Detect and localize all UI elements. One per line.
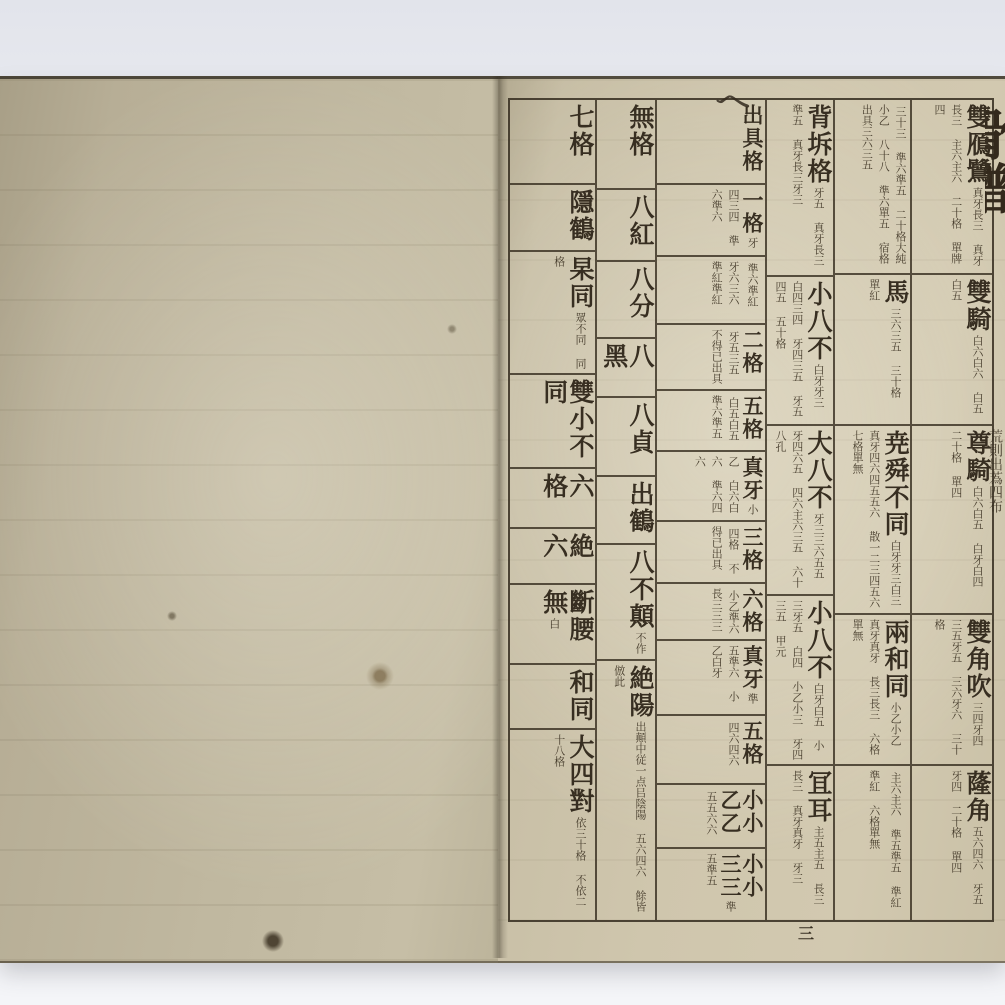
table-cell: 八黑 (597, 339, 655, 398)
table-cell: 出鶴 (597, 477, 655, 545)
table-cell: 五格白五白五 準六準五 (657, 391, 765, 452)
manuscript-table: 七格 隱鶴 杲同眾不同 同格 雙小不同 六格 絶六 斷腰無白 和同 大四對依三十… (508, 98, 994, 922)
table-cell: 斷腰無白 (510, 585, 595, 665)
table-cell: 尭舜不同白牙牙三白三 真牙四六四五五六 散一二三四五六 七格單無 (835, 426, 910, 615)
table-cell: 大八不牙三三六五五 牙四六五 四六主六三五 六十八孔 (767, 426, 833, 596)
table-cell: 七格 (510, 100, 595, 185)
table-cell: 一格牙四三四 準六準六 (657, 185, 765, 257)
table-cell: 小八不白牙白五 小三牙五 白四 小乙小三 牙四三五 甲元 (767, 596, 833, 766)
table-column-6: 雙鴈鷺真牙長三 真牙長三 主六主六 二十格 單牌四 雙騎白六白六 白五白五 尊騎… (912, 100, 992, 920)
table-cell: 蕯角五六四六 牙五牙四 二十格 單四 (912, 766, 992, 920)
table-cell: 準六準紅 牙六三六 準紅準紅 (657, 257, 765, 325)
table-cell: 六格 (510, 469, 595, 529)
left-blank-page (0, 76, 498, 963)
table-cell: 二格牙五三五 不得已出具 (657, 325, 765, 391)
table-column-5: 三十三 準六準五 二十格大純小乙 八十八 準六單五 宿格 出具三六三五 馬三六三… (835, 100, 912, 920)
table-column-4: 背坼格牙五 真牙長三準五 真牙長三牙三 小八不白牙牙三 白四三四 牙四三五 牙五… (767, 100, 835, 920)
table-cell: 真牙準五準六 小乙白牙 (657, 641, 765, 716)
table-cell: 和同 (510, 665, 595, 729)
column-header-cell: 出具格 (657, 100, 765, 185)
folio-number: 三 (798, 921, 814, 944)
table-cell: 無格 (597, 100, 655, 190)
table-cell: 小小乙乙五五六六 (657, 785, 765, 849)
table-cell: 兩和同小乙小乙 真牙真牙 長三長三 六格單無 (835, 615, 910, 766)
table-cell: 小小三三準五準五 (657, 849, 765, 920)
right-manuscript-page: へ 骨譜 荒則出蒍四布 三 七格 隱鶴 杲同眾不同 同格 雙小不同 六格 絶六 … (498, 76, 1005, 963)
table-cell: 雙鴈鷺真牙長三 真牙長三 主六主六 二十格 單牌四 (912, 100, 992, 275)
table-cell: 主六主六 準五準五 準紅準紅 六格單無 (835, 766, 910, 920)
table-cell: 尊騎白六白五 白牙白四 二十格 單四 (912, 426, 992, 615)
table-cell: 真牙小乙 白六白六 準六四六 (657, 452, 765, 522)
book-binding-seam (492, 76, 508, 958)
table-cell: 隱鶴 (510, 185, 595, 252)
table-cell: 冝耳主五主五 長三長三 真牙真牙 牙三 (767, 766, 833, 920)
table-cell: 小八不白牙牙三 白四三四 牙四三五 牙五四五 五十格 (767, 277, 833, 426)
table-cell: 五格四六四六 (657, 716, 765, 785)
table-column-2: 無格 八紅 八分 八黑 八貞 出鶴 八不顛不作 絶陽出顛中従一点㠯陰陽 五六四六… (597, 100, 657, 920)
table-cell: 杲同眾不同 同格 (510, 252, 595, 376)
table-cell: 三十三 準六準五 二十格大純小乙 八十八 準六單五 宿格 出具三六三五 (835, 100, 910, 275)
table-column-1: 七格 隱鶴 杲同眾不同 同格 雙小不同 六格 絶六 斷腰無白 和同 大四對依三十… (510, 100, 597, 920)
table-cell: 絶陽出顛中従一点㠯陰陽 五六四六 餘皆倣此 (597, 661, 655, 920)
table-cell: 八不顛不作 (597, 545, 655, 662)
open-manuscript-book: へ 骨譜 荒則出蒍四布 三 七格 隱鶴 杲同眾不同 同格 雙小不同 六格 絶六 … (0, 76, 1005, 958)
table-column-3: 出具格 一格牙四三四 準六準六 準六準紅 牙六三六 準紅準紅 二格牙五三五 不得… (657, 100, 767, 920)
table-cell: 三格四格 不得已出具 (657, 522, 765, 583)
table-cell: 背坼格牙五 真牙長三準五 真牙長三牙三 (767, 100, 833, 277)
table-cell: 八貞 (597, 398, 655, 477)
table-cell: 雙小不同 (510, 375, 595, 468)
table-cell: 六格小乙準六 長三三三 (657, 584, 765, 642)
table-cell: 八分 (597, 262, 655, 339)
table-cell: 雙騎白六白六 白五白五 (912, 275, 992, 426)
table-cell: 馬三六三五 三十格 單紅 (835, 275, 910, 426)
table-cell: 雙角吹三四牙四 三五牙五 三六牙六 三十格 (912, 615, 992, 766)
table-cell: 絶六 (510, 529, 595, 585)
table-cell: 八紅 (597, 190, 655, 262)
table-cell: 大四對依三十格 不依二十八格 (510, 730, 595, 920)
